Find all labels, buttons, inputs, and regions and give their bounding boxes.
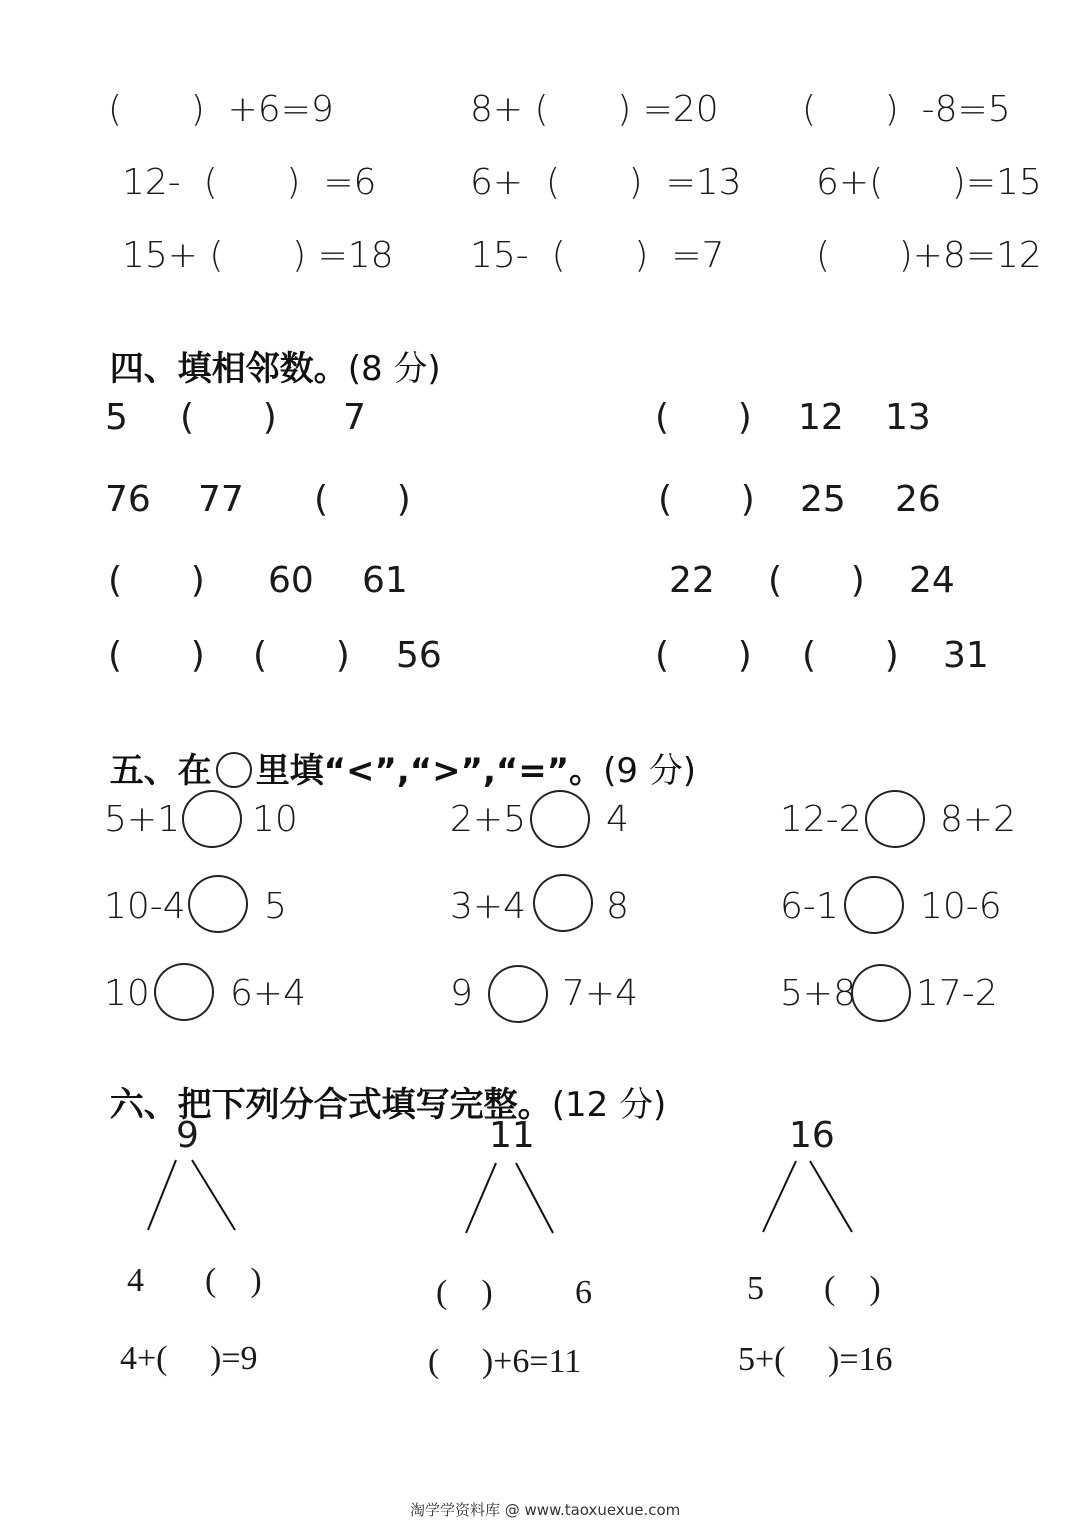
- compare-right: 8+2: [940, 802, 1016, 838]
- compare-left: 10: [104, 976, 150, 1012]
- equation-item: 12- ( ) =6: [122, 165, 376, 201]
- number-cell: 61: [362, 563, 408, 599]
- number-cell: 5: [105, 400, 128, 436]
- number-cell: 76: [105, 482, 151, 518]
- compare-right: 5: [264, 889, 287, 925]
- number-cell: 22: [669, 563, 715, 599]
- section-score: (12 分): [552, 1085, 667, 1125]
- tree-part-left: 5: [747, 1272, 764, 1306]
- compare-circle[interactable]: [488, 965, 548, 1023]
- number-cell: 31: [943, 638, 989, 674]
- compare-circle[interactable]: [851, 964, 911, 1022]
- tree-part-left: 4: [127, 1264, 144, 1298]
- section-title-prefix: 五、在: [110, 751, 212, 791]
- number-cell: 7: [343, 400, 366, 436]
- compare-circle[interactable]: [865, 790, 925, 848]
- tree-equation[interactable]: 4+( )=9: [120, 1342, 258, 1376]
- equation-item: ( ) +6=9: [108, 92, 334, 128]
- number-cell: 26: [895, 482, 941, 518]
- tree-equation[interactable]: ( )+6=11: [428, 1345, 581, 1379]
- compare-right: 17-2: [916, 976, 998, 1012]
- number-cell: 77: [198, 482, 244, 518]
- compare-right: 10: [252, 802, 298, 838]
- tree-total: 11: [489, 1118, 535, 1154]
- number-cell: 60: [268, 563, 314, 599]
- tree-part-left-blank[interactable]: ( ): [436, 1276, 493, 1310]
- tree-total: 9: [176, 1118, 199, 1154]
- compare-circle[interactable]: [188, 875, 248, 933]
- compare-circle[interactable]: [182, 790, 242, 848]
- compare-right: 8: [606, 889, 629, 925]
- equation-item: 15+ ( ) =18: [122, 238, 394, 274]
- compare-left: 5+8: [780, 976, 856, 1012]
- compare-left: 2+5: [450, 802, 526, 838]
- number-cell: 24: [909, 563, 955, 599]
- blank-cell[interactable]: ( ): [314, 482, 411, 518]
- tree-equation[interactable]: 5+( )=16: [738, 1343, 893, 1377]
- equation-item: 15- ( ) =7: [470, 238, 724, 274]
- circle-icon: [216, 752, 252, 788]
- compare-right: 7+4: [562, 976, 638, 1012]
- equation-item: 6+ ( ) =13: [470, 165, 742, 201]
- blank-cell[interactable]: ( ): [253, 638, 350, 674]
- equation-item: 8+ ( ) =20: [470, 92, 719, 128]
- compare-right: 10-6: [920, 889, 1002, 925]
- compare-circle[interactable]: [154, 963, 214, 1021]
- compare-left: 12-2: [780, 802, 862, 838]
- compare-left: 5+1: [104, 802, 180, 838]
- compare-circle[interactable]: [844, 876, 904, 934]
- tree-branches-icon: [458, 1155, 568, 1235]
- compare-left: 9: [450, 976, 473, 1012]
- section-title: 四、填相邻数。: [110, 349, 348, 389]
- number-cell: 25: [800, 482, 846, 518]
- tree-part-right-blank[interactable]: ( ): [824, 1272, 881, 1306]
- footer-watermark: 淘学学资料库 @ www.taoxuexue.com: [410, 1503, 680, 1518]
- compare-right: 6+4: [230, 976, 306, 1012]
- tree-total: 16: [789, 1118, 835, 1154]
- blank-cell[interactable]: ( ): [180, 400, 277, 436]
- blank-cell[interactable]: ( ): [658, 482, 755, 518]
- blank-cell[interactable]: ( ): [802, 638, 899, 674]
- section-score: (9 分): [603, 751, 696, 791]
- section-title-suffix: 里填“<”,“>”,“=”。: [256, 751, 603, 791]
- tree-branches-icon: [755, 1155, 865, 1235]
- blank-cell[interactable]: ( ): [108, 563, 205, 599]
- tree-branches-icon: [140, 1155, 250, 1235]
- compare-left: 3+4: [450, 889, 526, 925]
- section-4-heading: 四、填相邻数。(8 分): [86, 318, 441, 386]
- blank-cell[interactable]: ( ): [768, 563, 865, 599]
- equation-item: 6+( )=15: [816, 165, 1042, 201]
- compare-left: 10-4: [104, 889, 186, 925]
- number-cell: 13: [885, 400, 931, 436]
- compare-left: 6-1: [780, 889, 839, 925]
- section-score: (8 分): [348, 349, 441, 389]
- section-6-heading: 六、把下列分合式填写完整。(12 分): [86, 1054, 666, 1122]
- tree-part-right-blank[interactable]: ( ): [205, 1264, 262, 1298]
- blank-cell[interactable]: ( ): [108, 638, 205, 674]
- equation-item: ( ) -8=5: [802, 92, 1011, 128]
- blank-cell[interactable]: ( ): [655, 400, 752, 436]
- equation-item: ( )+8=12: [816, 238, 1042, 274]
- compare-right: 4: [606, 802, 629, 838]
- section-5-heading: 五、在里填“<”,“>”,“=”。(9 分): [86, 718, 696, 788]
- tree-part-right: 6: [575, 1276, 592, 1310]
- number-cell: 56: [396, 638, 442, 674]
- compare-circle[interactable]: [530, 790, 590, 848]
- number-cell: 12: [798, 400, 844, 436]
- blank-cell[interactable]: ( ): [655, 638, 752, 674]
- compare-circle[interactable]: [533, 874, 593, 932]
